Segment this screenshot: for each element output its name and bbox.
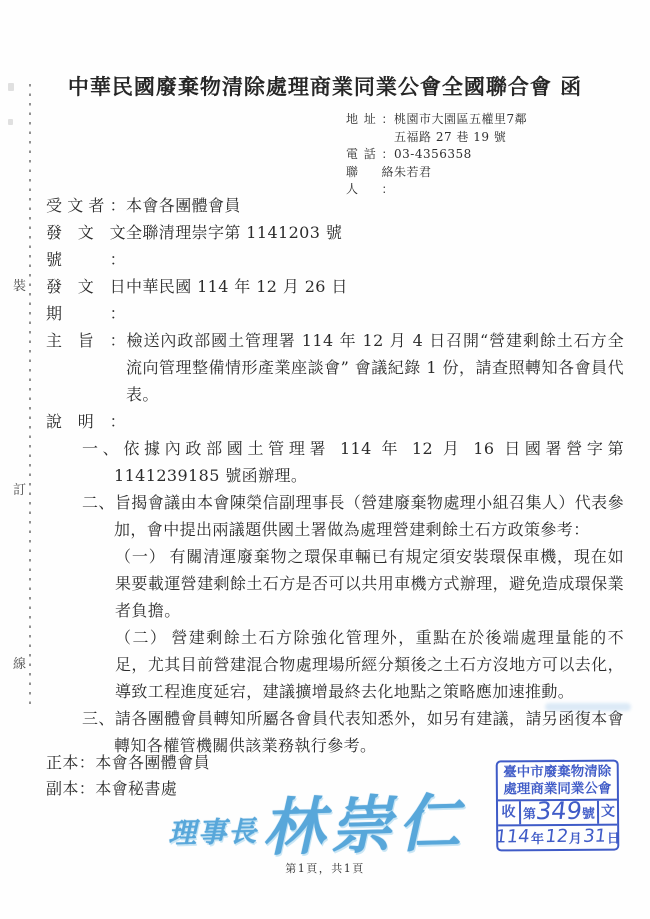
stamp-number-suffix: 號: [582, 803, 595, 822]
sender-info: 地址：桃園市大園區五權里7鄰 五福路 27 巷 19 號 電話：03-43563…: [346, 111, 527, 199]
sub-item-number: （一）: [115, 547, 166, 566]
sub-item-text: 有關清運廢棄物之環保車輛已有規定須安裝環保車機，現在如果要載運營建剩餘土石方是否…: [115, 547, 624, 620]
sub-item-2: （二）營建剩餘土石方除強化管理外，重點在於後端處理量能的不足，尤其目前營建混合物…: [46, 624, 624, 705]
item-number: 三、: [82, 709, 115, 728]
doc-number-label: 發文文號：: [46, 219, 126, 273]
original-copy-line: 正本：本會各團體會員: [46, 750, 210, 776]
stamp-day-label: 日: [607, 827, 620, 846]
copy-label: 副本：: [46, 779, 95, 798]
sub-item-number: （二）: [115, 628, 167, 647]
recipient-row: 受文者：本會各團體會員: [46, 192, 624, 219]
item-text: 旨揭會議由本會陳榮信副理事長（營建廢棄物處理小組召集人）代表參加，會中提出兩議題…: [114, 493, 624, 539]
list-item-1: 一、依據內政部國土管理署 114 年 12 月 16 日國署營字第 114123…: [46, 435, 624, 489]
stamp-date-row: 114 年 12 月 31 日: [498, 826, 617, 849]
sender-address-line2: 五福路 27 巷 19 號: [346, 129, 527, 147]
page-number-footer: 第1頁，共1頁: [0, 860, 650, 876]
address-label: 地址：: [346, 111, 394, 129]
stamp-month-label: 月: [569, 827, 582, 846]
original-label: 正本：: [46, 753, 95, 772]
binding-dotted-line: [29, 84, 31, 706]
item-text: 依據內政部國土管理署 114 年 12 月 16 日國署營字第 11412391…: [114, 439, 624, 485]
stamp-org-line1: 臺中市廢棄物清除: [498, 764, 617, 782]
stamp-year-label: 年: [531, 828, 544, 847]
explanation-row: 說明：: [46, 408, 624, 435]
subject-row: 主旨：檢送內政部國土管理署 114 年 12 月 4 日召開“營建剩餘土石方全流…: [46, 327, 624, 408]
sender-phone-line: 電話：03-4356358: [346, 146, 527, 164]
scanned-official-letter: 裝 訂 線 中華民國廢棄物清除處理商業同業公會全國聯合會 函 地址：桃園市大園區…: [0, 0, 650, 919]
doc-date-value: 中華民國 114 年 12 月 26 日: [126, 277, 348, 296]
stamp-receive-label: 收: [498, 801, 521, 824]
stamp-year-value: 114: [495, 828, 531, 846]
contact-value: 朱若君: [394, 165, 432, 179]
letter-body: 受文者：本會各團體會員 發文文號：全聯清理崇字第 1141203 號 發文日期：…: [46, 192, 624, 759]
item-number: 一、: [82, 439, 123, 458]
ink-smudge: [545, 703, 631, 711]
original-value: 本會各團體會員: [95, 753, 210, 772]
binding-mark-zhuang: 裝: [13, 278, 26, 295]
fold-mark: [8, 119, 13, 125]
stamp-doc-label: 文: [597, 801, 617, 824]
sender-address-line1: 地址：桃園市大園區五權里7鄰: [346, 111, 527, 129]
document-title: 中華民國廢棄物清除處理商業同業公會全國聯合會 函: [0, 71, 650, 101]
stamp-org-line2: 處理商業同業公會: [498, 781, 617, 799]
cc-copy-line: 副本：本會秘書處: [46, 776, 210, 802]
doc-date-row: 發文日期：中華民國 114 年 12 月 26 日: [46, 273, 624, 327]
distribution-block: 正本：本會各團體會員 副本：本會秘書處: [46, 750, 210, 801]
address-value-2: 五福路 27 巷 19 號: [394, 130, 506, 144]
stamp-number-row: 收 第 349 號 文: [498, 801, 617, 827]
binding-mark-ding: 訂: [13, 482, 26, 499]
stamp-number-cell: 第 349 號: [521, 801, 597, 825]
item-text: 請各團體會員轉知所屬各會員代表知悉外，如另有建議，請另函復本會轉知各權管機關供該…: [114, 709, 624, 755]
recipient-label: 受文者：: [46, 192, 126, 219]
copy-value: 本會秘書處: [95, 779, 177, 798]
doc-number-row: 發文文號：全聯清理崇字第 1141203 號: [46, 219, 624, 273]
subject-text: 檢送內政部國土管理署 114 年 12 月 4 日召開“營建剩餘土石方全流向管理…: [126, 331, 624, 404]
doc-date-label: 發文日期：: [46, 273, 126, 327]
list-item-2: 二、旨揭會議由本會陳榮信副理事長（營建廢棄物處理小組召集人）代表參加，會中提出兩…: [46, 489, 624, 543]
stamp-number-value: 349: [535, 799, 584, 823]
phone-value: 03-4356358: [394, 147, 472, 161]
doc-number-value: 全聯清理崇字第 1141203 號: [126, 223, 342, 242]
received-stamp: 臺中市廢棄物清除 處理商業同業公會 收 第 349 號 文 114 年 12 月…: [496, 760, 620, 852]
subject-label: 主旨：: [46, 327, 126, 354]
item-number: 二、: [82, 493, 115, 512]
explanation-label: 說明：: [46, 408, 126, 435]
chairman-signature: 理事長 林崇仁: [167, 792, 467, 862]
stamp-day-value: 31: [582, 828, 607, 846]
signature-name: 林崇仁: [261, 792, 467, 859]
stamp-organization: 臺中市廢棄物清除 處理商業同業公會: [498, 762, 617, 802]
sub-item-1: （一）有關清運廢棄物之環保車輛已有規定須安裝環保車機，現在如果要載運營建剩餘土石…: [46, 543, 624, 624]
sub-item-text: 營建剩餘土石方除強化管理外，重點在於後端處理量能的不足，尤其目前營建混合物處理場…: [115, 628, 624, 701]
signature-title: 理事長: [168, 818, 259, 848]
recipient-value: 本會各團體會員: [126, 196, 241, 215]
binding-mark-xian: 線: [13, 656, 26, 673]
stamp-month-value: 12: [544, 828, 569, 846]
phone-label: 電話：: [346, 146, 394, 164]
address-value: 桃園市大園區五權里7鄰: [394, 112, 527, 126]
